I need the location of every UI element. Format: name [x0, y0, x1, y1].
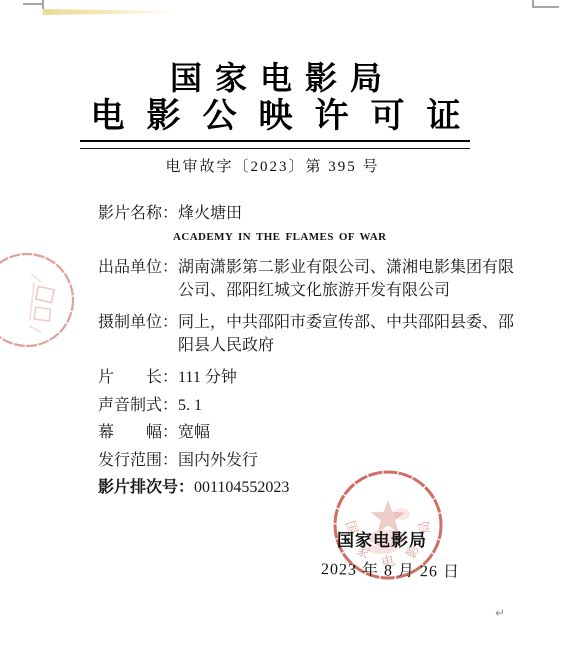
field-label: 出品单位： [98, 256, 178, 279]
double-rule [80, 140, 470, 149]
film-permit-document: 国家电影局 电影公映许可证 电审故字〔2023〕第 395 号 影片名称： 烽火… [0, 0, 565, 646]
field-label: 片 长： [98, 366, 178, 389]
partial-red-seal-icon [0, 252, 79, 352]
field-value: 同上，中共邵阳市委宣传部、中共邵阳县委、邵阳县人民政府 [178, 311, 515, 357]
field-film-length: 片 长： 111 分钟 [98, 366, 520, 389]
field-label: 影片名称： [98, 202, 178, 225]
field-english-title: ACADEMY IN THE FLAMES OF WAR [173, 230, 520, 244]
permit-number: 电审故字〔2023〕第 395 号 [0, 155, 545, 176]
field-label: 声音制式： [98, 394, 178, 417]
field-list: 影片名称： 烽火塘田 ACADEMY IN THE FLAMES OF WAR … [98, 198, 520, 499]
field-producer: 出品单位： 湖南潇影第二影业有限公司、潇湘电影集团有限公司、邵阳红城文化旅游开发… [98, 256, 520, 302]
field-production-unit: 摄制单位： 同上，中共邵阳市委宣传部、中共邵阳县委、邵阳县人民政府 [98, 311, 520, 357]
paragraph-return-icon: ↵ [495, 606, 505, 620]
field-sound-format: 声音制式： 5. 1 [98, 394, 520, 417]
field-distribution-scope: 发行范围： 国内外发行 [98, 449, 520, 472]
crop-mark-top-left-vertical [42, 0, 44, 9]
field-label: 发行范围： [98, 449, 178, 472]
english-title: ACADEMY IN THE FLAMES OF WAR [173, 230, 510, 244]
field-screen-format: 幕 幅： 宽幅 [98, 421, 520, 444]
field-label: 幕 幅： [98, 421, 178, 444]
crop-mark-top-left [23, 3, 44, 5]
field-label: 影片排次号： [98, 476, 194, 499]
agency-title: 国家电影局 [0, 61, 565, 95]
field-value: 111 分钟 [178, 366, 515, 389]
field-value: 5. 1 [178, 394, 515, 417]
field-value: 湖南潇影第二影业有限公司、潇湘电影集团有限公司、邵阳红城文化旅游开发有限公司 [178, 256, 515, 302]
seal-authority-text: 国家电影局 [337, 526, 427, 551]
field-value: 宽幅 [178, 421, 515, 444]
yellow-highlight-artifact [43, 9, 176, 15]
crop-mark-top-right [532, 6, 559, 8]
field-film-name: 影片名称： 烽火塘田 [98, 202, 520, 225]
field-serial-number: 影片排次号： 001104552023 [98, 476, 520, 499]
document-title: 电影公映许可证 [0, 99, 565, 135]
field-value: 烽火塘田 [178, 202, 515, 225]
field-label: 摄制单位： [98, 311, 178, 334]
seal-date: 2023 年 8 月 26 日 [321, 556, 460, 582]
